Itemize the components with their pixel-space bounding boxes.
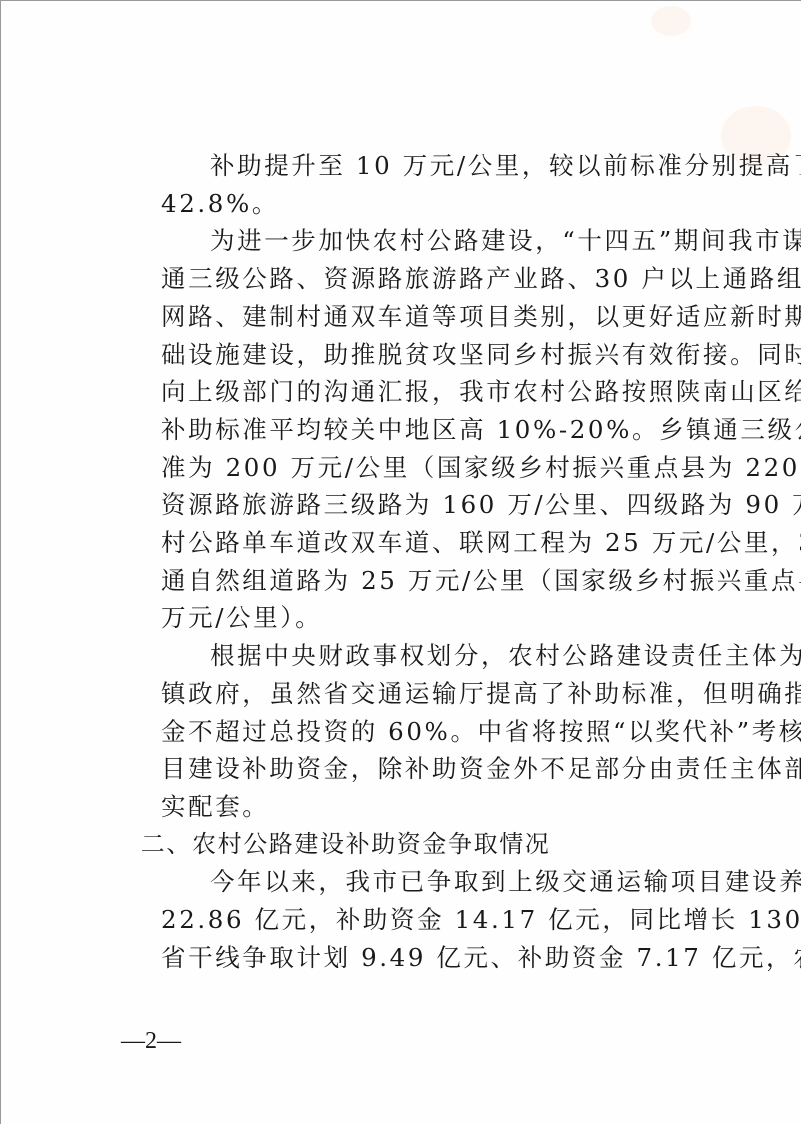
text-line: 通三级公路、资源路旅游路产业路、30 户以上通路组、通村联 <box>112 260 702 298</box>
text-line: 村公路单车道改双车道、联网工程为 25 万元/公里，30 户以上 <box>112 524 702 562</box>
text-line: 22.86 亿元，补助资金 14.17 亿元，同比增长 130.2%。其中，国 <box>112 901 702 939</box>
text-line: 镇政府，虽然省交通运输厅提高了补助标准，但明确指出补助资 <box>112 675 702 713</box>
text-line: 础设施建设，助推脱贫攻坚同乡村振兴有效衔接。同时，加强 <box>112 336 702 374</box>
text-line: 金不超过总投资的 60%。中省将按照“以奖代补”考核机制落实项 <box>112 713 702 751</box>
section-heading: 二、农村公路建设补助资金争取情况 <box>112 826 702 864</box>
text-line: 通自然组道路为 25 万元/公里（国家级乡村振兴重点县为 27.5 <box>112 562 702 600</box>
text-line: 实配套。 <box>112 788 702 826</box>
paragraph-1: 补助提升至 10 万元/公里，较以前标准分别提高了 10%和 42.8%。 <box>112 147 702 222</box>
paragraph-4: 今年以来，我市已争取到上级交通运输项目建设养护计划 22.86 亿元，补助资金 … <box>112 863 702 976</box>
scan-bleed-mark <box>651 6 691 36</box>
paragraph-2: 为进一步加快农村公路建设，“十四五”期间我市谋划了乡镇 通三级公路、资源路旅游路… <box>112 222 702 637</box>
text-line: 今年以来，我市已争取到上级交通运输项目建设养护计划 <box>112 863 702 901</box>
paragraph-3: 根据中央财政事权划分，农村公路建设责任主体为县区及乡 镇政府，虽然省交通运输厅提… <box>112 637 702 826</box>
document-body: 补助提升至 10 万元/公里，较以前标准分别提高了 10%和 42.8%。 为进… <box>112 147 702 976</box>
document-page: 补助提升至 10 万元/公里，较以前标准分别提高了 10%和 42.8%。 为进… <box>0 0 801 1124</box>
text-line: 网路、建制村通双车道等项目类别，以更好适应新时期农村基 <box>112 298 702 336</box>
text-line: 省干线争取计划 9.49 亿元、补助资金 7.17 亿元，农村公路争取计 <box>112 939 702 977</box>
text-line: 目建设补助资金，除补助资金外不足部分由责任主体部门足额落 <box>112 750 702 788</box>
text-line: 补助标准平均较关中地区高 10%-20%。乡镇通三级公路补助标 <box>112 411 702 449</box>
text-line: 准为 200 万元/公里（国家级乡村振兴重点县为 220 万元/公里）， <box>112 449 702 487</box>
text-line: 万元/公里）。 <box>112 599 702 637</box>
text-line: 为进一步加快农村公路建设，“十四五”期间我市谋划了乡镇 <box>112 222 702 260</box>
text-line: 补助提升至 10 万元/公里，较以前标准分别提高了 10%和 <box>112 147 702 185</box>
text-line: 42.8%。 <box>112 185 702 223</box>
page-number: —2— <box>121 1028 181 1055</box>
text-line: 资源路旅游路三级路为 160 万/公里、四级路为 90 万/公里，通 <box>112 486 702 524</box>
text-line: 根据中央财政事权划分，农村公路建设责任主体为县区及乡 <box>112 637 702 675</box>
text-line: 向上级部门的沟通汇报，我市农村公路按照陕南山区给予倾斜， <box>112 373 702 411</box>
